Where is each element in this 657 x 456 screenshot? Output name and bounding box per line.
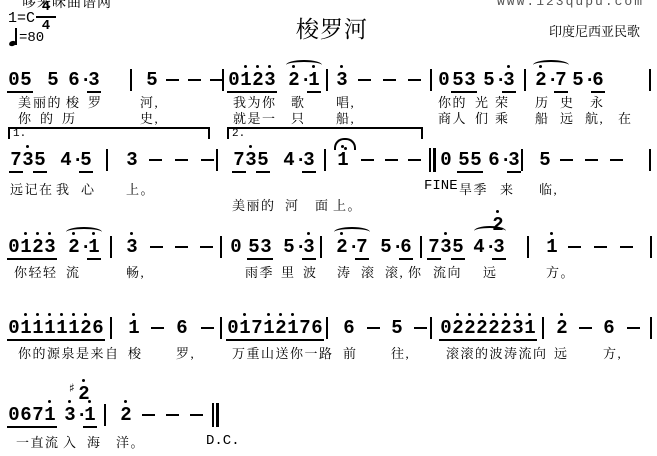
duration-dash [579, 327, 592, 329]
underline [492, 258, 506, 260]
octave-dot [244, 65, 247, 68]
underline [259, 258, 273, 260]
note-digit: 1 [68, 318, 80, 338]
note-digit: 5 [458, 150, 470, 170]
note-digit: 0 [440, 150, 452, 170]
note-digit: 1 [240, 70, 252, 90]
lyric: 滚 [361, 262, 376, 281]
note-digit: 5 [391, 318, 403, 338]
lyric: 畅, [126, 262, 145, 281]
barline [130, 69, 132, 91]
note-digit: 0 [8, 405, 20, 425]
note-digit: 3 [64, 405, 76, 425]
underline [451, 258, 465, 260]
note-digit: 3 [260, 237, 272, 257]
note-digit: 1 [88, 237, 100, 257]
lyric: 滚滚的波涛流向 [446, 343, 548, 362]
final-barline-thin [429, 148, 431, 172]
underline [79, 171, 93, 173]
quarter-note-icon [8, 40, 16, 47]
lyric: 万重山送你一路 [232, 343, 334, 362]
lyric: 你 [18, 108, 33, 127]
duration-dash [610, 159, 623, 161]
duration-dash [385, 159, 398, 161]
note-digit: 1 [32, 318, 44, 338]
underline [43, 426, 57, 428]
note-digit: 3 [512, 318, 524, 338]
octave-dot [516, 313, 519, 316]
lyric: 面 [315, 195, 330, 214]
note-digit: 7 [32, 405, 44, 425]
note-digit: 7 [233, 150, 245, 170]
underline [9, 171, 23, 173]
lyric: 史, [140, 108, 159, 127]
barline [222, 69, 224, 91]
barline [324, 149, 326, 171]
note-digit: 5 [452, 70, 464, 90]
duration-dash [560, 159, 573, 161]
octave-dot [560, 313, 563, 316]
octave-dot [550, 232, 553, 235]
final-barline-thin [212, 403, 214, 427]
note-digit: 7 [428, 237, 440, 257]
barline [649, 69, 651, 91]
barline [220, 236, 222, 258]
final-barline-thick [433, 148, 436, 172]
note-digit: 1 [84, 405, 96, 425]
note-digit: 3 [88, 70, 100, 90]
note-digit: 2 [32, 237, 44, 257]
lyric: 滚, [385, 262, 404, 281]
duration-dash [361, 159, 374, 161]
lyric: 你 [408, 262, 423, 281]
note-digit: 5 [146, 70, 158, 90]
octave-dot [456, 313, 459, 316]
underline [232, 171, 246, 173]
octave-dot [267, 313, 270, 316]
octave-dot [249, 145, 252, 148]
lyric: 远 [560, 108, 575, 127]
octave-dot [340, 65, 343, 68]
octave-dot [68, 400, 71, 403]
lyric: 你轻轻 [14, 262, 58, 281]
note-digit: 3 [44, 237, 56, 257]
key-signature: 1=C [8, 10, 35, 27]
note-digit: 5 [483, 70, 495, 90]
note-digit: 3 [493, 237, 505, 257]
underline [469, 171, 483, 173]
dot-duration-glyph: · [348, 237, 356, 257]
note-digit: 5 [47, 70, 59, 90]
dot-duration-glyph: · [584, 70, 592, 90]
note-digit: 6 [343, 318, 355, 338]
lyric: 梭 [128, 343, 143, 362]
dot-duration-glyph: · [295, 150, 303, 170]
note-digit: 1 [20, 318, 32, 338]
octave-dot [48, 232, 51, 235]
song-origin: 印度尼西亚民歌 [549, 21, 640, 40]
note-digit: 2 [488, 318, 500, 338]
duration-dash [367, 327, 380, 329]
lyric: 上。 [333, 195, 362, 214]
note-digit: 2 [68, 237, 80, 257]
barline [106, 149, 108, 171]
note-digit: 6 [311, 318, 323, 338]
duration-dash [358, 79, 371, 81]
note-digit: 2 [535, 70, 547, 90]
note-digit: 2 [500, 318, 512, 338]
duration-dash [383, 79, 396, 81]
note-digit: 6 [20, 405, 32, 425]
note-digit: 4 [60, 150, 72, 170]
octave-dot [291, 313, 294, 316]
lyric: 你的源泉是来自 [18, 343, 120, 362]
note-digit: 5 [470, 150, 482, 170]
barline [524, 69, 526, 91]
volta-bracket: 2. [227, 127, 423, 139]
note-digit: 5 [34, 150, 46, 170]
barline [110, 317, 112, 339]
note-digit: 3 [126, 237, 138, 257]
barline [430, 69, 432, 91]
note-digit: 1 [308, 70, 320, 90]
duration-dash [142, 414, 155, 416]
duration-dash [201, 159, 214, 161]
duration-dash [149, 159, 162, 161]
score-text: D.C. [206, 433, 240, 449]
lyric: 就是一 [233, 108, 277, 127]
note-digit: 1 [287, 318, 299, 338]
lyric: 乘 [495, 108, 510, 127]
octave-dot [26, 145, 29, 148]
note-digit: 0 [8, 237, 20, 257]
octave-dot [279, 313, 282, 316]
note-digit: 0 [440, 318, 452, 338]
note-digit: 5 [572, 70, 584, 90]
lyric: 涛 [337, 262, 352, 281]
duration-dash [175, 246, 188, 248]
duration-dash [568, 246, 581, 248]
note-digit: 0 [227, 318, 239, 338]
octave-dot [507, 65, 510, 68]
underline [87, 258, 101, 260]
barline [326, 317, 328, 339]
note-digit: 0 [230, 237, 242, 257]
note-digit: 3 [245, 150, 257, 170]
page-title: 梭罗河 [296, 11, 368, 44]
duration-dash [620, 246, 633, 248]
octave-dot [24, 313, 27, 316]
note-digit: 3 [22, 150, 34, 170]
barline [110, 236, 112, 258]
note-digit: 6 [488, 150, 500, 170]
octave-dot [243, 313, 246, 316]
note-digit: 2 [336, 237, 348, 257]
barline [521, 149, 523, 171]
note-digit: 1 [56, 318, 68, 338]
note-digit: 2 [80, 318, 92, 338]
lyric: 雨季 [245, 262, 274, 281]
barline [527, 236, 529, 258]
lyric: 远 [483, 262, 498, 281]
octave-dot [36, 232, 39, 235]
barline [430, 317, 432, 339]
octave-dot [82, 379, 85, 382]
note-digit: 7 [299, 318, 311, 338]
note-digit: 1 [524, 318, 536, 338]
barline [216, 149, 218, 171]
duration-dash [408, 159, 421, 161]
note-digit: 1 [263, 318, 275, 338]
lyric: 的 [40, 108, 55, 127]
note-digit: 1 [337, 150, 349, 170]
octave-dot [124, 400, 127, 403]
duration-dash [414, 327, 427, 329]
octave-dot [504, 313, 507, 316]
note-digit: 0 [438, 70, 450, 90]
note-digit: 2 [120, 405, 132, 425]
note-digit: 3 [503, 70, 515, 90]
duration-dash [188, 79, 201, 81]
octave-dot [130, 232, 133, 235]
octave-dot [444, 232, 447, 235]
underline [310, 339, 324, 341]
duration-dash [151, 327, 164, 329]
dot-duration-glyph: · [500, 150, 508, 170]
time-signature-numerator: 4 [36, 0, 56, 15]
lyric: 入 [63, 432, 78, 451]
octave-dot [256, 65, 259, 68]
note-digit: 7 [251, 318, 263, 338]
barline [104, 404, 106, 426]
barline [326, 69, 328, 91]
note-digit: 1 [44, 318, 56, 338]
note-digit: 3 [303, 237, 315, 257]
note-digit: 5 [452, 237, 464, 257]
lyric: 里 [281, 262, 296, 281]
lyric: 罗 [88, 92, 103, 111]
note-digit: 4 [283, 150, 295, 170]
dot-duration-glyph: · [80, 70, 88, 90]
note-digit: 0 [8, 318, 20, 338]
barline [649, 149, 651, 171]
octave-dot [36, 313, 39, 316]
tempo-value: =80 [19, 30, 44, 46]
lyric: 远记在 [10, 179, 54, 198]
note-digit: 5 [283, 237, 295, 257]
octave-dot [468, 313, 471, 316]
underline [399, 258, 413, 260]
duration-dash [201, 327, 214, 329]
lyric: 美丽的 [232, 195, 276, 214]
lyric: 上。 [126, 179, 155, 198]
octave-dot [72, 313, 75, 316]
lyric: 航, [585, 108, 604, 127]
note-digit: 0 [8, 70, 20, 90]
final-barline-thick [216, 403, 219, 427]
octave-dot [496, 210, 499, 213]
note-digit: 2 [464, 318, 476, 338]
note-digit: 1 [239, 318, 251, 338]
note-digit: 7 [356, 237, 368, 257]
note-digit: 6 [603, 318, 615, 338]
lyric: 商人 [438, 108, 467, 127]
note-digit: 4 [473, 237, 485, 257]
sheet-music-page: 哆来咪曲谱网 1=C 4 4 =80 梭罗河 www.123qupu.com 印… [0, 0, 657, 456]
note-digit: 5 [539, 150, 551, 170]
underline [43, 258, 57, 260]
note-digit: 6 [400, 237, 412, 257]
slur-arc [286, 60, 322, 70]
note-digit: 3 [464, 70, 476, 90]
lyric: 前 [343, 343, 358, 362]
dot-duration-glyph: · [80, 237, 88, 257]
octave-dot [341, 145, 344, 148]
lyric: 船, [336, 108, 355, 127]
lyric: 船 [535, 108, 550, 127]
underline [355, 258, 369, 260]
slur-arc [66, 227, 102, 237]
underline [427, 258, 441, 260]
note-digit: 3 [508, 150, 520, 170]
note-digit: 1 [20, 237, 32, 257]
note-digit: 3 [440, 237, 452, 257]
lyric: 们 [475, 108, 490, 127]
underline [302, 258, 316, 260]
barline [650, 317, 652, 339]
octave-dot [48, 313, 51, 316]
underline [302, 171, 316, 173]
dot-duration-glyph: · [76, 405, 84, 425]
note-digit: 6 [68, 70, 80, 90]
dot-duration-glyph: · [392, 237, 400, 257]
lyric: 流 [66, 262, 81, 281]
lyric: 在 [618, 108, 633, 127]
note-digit: 2 [275, 318, 287, 338]
note-digit: 2 [288, 70, 300, 90]
duration-dash [585, 159, 598, 161]
score-text: FINE [424, 178, 458, 194]
octave-dot [84, 313, 87, 316]
note-digit: 5 [248, 237, 260, 257]
note-digit: 5 [20, 70, 32, 90]
barline [542, 317, 544, 339]
lyric: 方, [603, 343, 622, 362]
note-digit: 6 [176, 318, 188, 338]
dot-duration-glyph: · [547, 70, 555, 90]
duration-dash [408, 79, 421, 81]
lyric: 波 [303, 262, 318, 281]
note-digit: 2 [556, 318, 568, 338]
note-digit: 1 [44, 405, 56, 425]
octave-dot [480, 313, 483, 316]
octave-dot [307, 232, 310, 235]
octave-dot [132, 313, 135, 316]
underline [83, 426, 97, 428]
dot-duration-glyph: · [485, 237, 493, 257]
duration-dash [190, 414, 203, 416]
barline [420, 236, 422, 258]
lyric: 海 [87, 432, 102, 451]
lyric: 临, [539, 179, 558, 198]
underline [91, 339, 105, 341]
dot-duration-glyph: · [72, 150, 80, 170]
lyric: 心 [81, 179, 96, 198]
barline [320, 236, 322, 258]
lyric: 罗, [176, 343, 195, 362]
lyric: 往, [391, 343, 410, 362]
watermark-top-right: www.123qupu.com [497, 0, 644, 9]
lyric: 只 [291, 108, 306, 127]
dot-duration-glyph: · [295, 237, 303, 257]
note-digit: 3 [264, 70, 276, 90]
duration-dash [175, 159, 188, 161]
octave-dot [24, 232, 27, 235]
barline [650, 236, 652, 258]
note-digit: 0 [228, 70, 240, 90]
slur-arc [334, 227, 370, 237]
note-digit: 6 [92, 318, 104, 338]
dot-duration-glyph: · [300, 70, 308, 90]
underline [256, 171, 270, 173]
underline [307, 91, 321, 93]
slur-arc [533, 60, 569, 70]
volta-bracket: 1. [8, 127, 210, 139]
note-digit: 1 [128, 318, 140, 338]
duration-dash [627, 327, 640, 329]
note-digit: 2 [252, 70, 264, 90]
duration-dash [150, 246, 163, 248]
octave-dot [48, 400, 51, 403]
octave-dot [268, 65, 271, 68]
lyric: 旱季 [459, 179, 488, 198]
note-digit: 3 [303, 150, 315, 170]
note-digit: 7 [555, 70, 567, 90]
volta-label: 1. [13, 128, 26, 140]
dot-duration-glyph: · [495, 70, 503, 90]
lyric: 洋。 [116, 432, 145, 451]
note-digit: 5 [257, 150, 269, 170]
note-digit: 3 [336, 70, 348, 90]
octave-dot [492, 313, 495, 316]
duration-dash [166, 79, 179, 81]
lyric: 河 [285, 195, 300, 214]
lyric: 方。 [546, 262, 575, 281]
note-digit: 1 [546, 237, 558, 257]
note-digit: 2 [452, 318, 464, 338]
duration-dash [200, 246, 213, 248]
octave-dot [60, 313, 63, 316]
octave-dot [88, 400, 91, 403]
note-digit: 6 [592, 70, 604, 90]
barline [220, 317, 222, 339]
note-digit: 7 [10, 150, 22, 170]
lyric: 远 [554, 343, 569, 362]
underline [523, 339, 537, 341]
note-digit: 5 [380, 237, 392, 257]
lyric: 我 [56, 179, 71, 198]
slur-arc [474, 226, 506, 236]
tempo-marking: =80 [8, 28, 78, 50]
lyric: 历 [62, 108, 77, 127]
lyric: 流向 [433, 262, 462, 281]
note-digit: 5 [80, 150, 92, 170]
octave-dot [528, 313, 531, 316]
lyric: 一直流 [16, 432, 60, 451]
note-digit: 3 [126, 150, 138, 170]
sharp-icon: ♯ [69, 378, 75, 398]
underline [507, 171, 521, 173]
